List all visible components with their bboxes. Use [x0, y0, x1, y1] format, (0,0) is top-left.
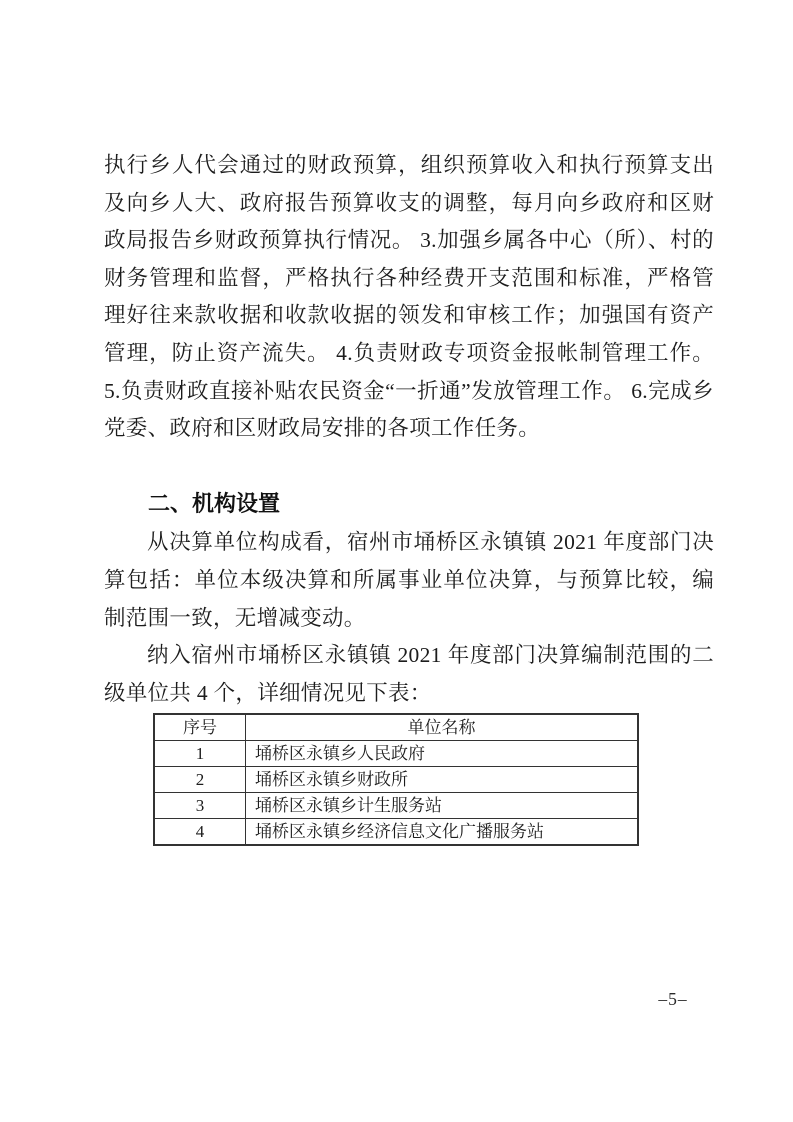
page-content: 执行乡人代会通过的财政预算，组织预算收入和执行预算支出及向乡人大、政府报告预算收…: [104, 147, 714, 846]
row-index-cell: 3: [154, 793, 246, 819]
unit-name-cell: 埇桥区永镇乡人民政府: [246, 741, 639, 767]
body-paragraph-composition: 从决算单位构成看，宿州市埇桥区永镇镇 2021 年度部门决算包括：单位本级决算和…: [104, 524, 714, 637]
page-number: –5–: [645, 989, 701, 1010]
table-header-index: 序号: [154, 714, 246, 741]
table-row: 1 埇桥区永镇乡人民政府: [154, 741, 638, 767]
body-paragraph-duties: 执行乡人代会通过的财政预算，组织预算收入和执行预算支出及向乡人大、政府报告预算收…: [104, 147, 714, 448]
unit-name-cell: 埇桥区永镇乡财政所: [246, 767, 639, 793]
table-header-unit-name: 单位名称: [246, 714, 639, 741]
table-row: 3 埇桥区永镇乡计生服务站: [154, 793, 638, 819]
unit-name-cell: 埇桥区永镇乡计生服务站: [246, 793, 639, 819]
row-index-cell: 4: [154, 819, 246, 846]
row-index-cell: 2: [154, 767, 246, 793]
body-paragraph-units-intro: 纳入宿州市埇桥区永镇镇 2021 年度部门决算编制范围的二级单位共 4 个，详细…: [104, 637, 714, 712]
units-table: 序号 单位名称 1 埇桥区永镇乡人民政府 2 埇桥区永镇乡财政所 3 埇桥区永镇…: [153, 713, 639, 846]
document-page: 执行乡人代会通过的财政预算，组织预算收入和执行预算支出及向乡人大、政府报告预算收…: [0, 0, 793, 1122]
table-header-row: 序号 单位名称: [154, 714, 638, 741]
table-row: 4 埇桥区永镇乡经济信息文化广播服务站: [154, 819, 638, 846]
unit-name-cell: 埇桥区永镇乡经济信息文化广播服务站: [246, 819, 639, 846]
table-row: 2 埇桥区永镇乡财政所: [154, 767, 638, 793]
row-index-cell: 1: [154, 741, 246, 767]
section-heading-organization-setup: 二、机构设置: [104, 485, 714, 523]
